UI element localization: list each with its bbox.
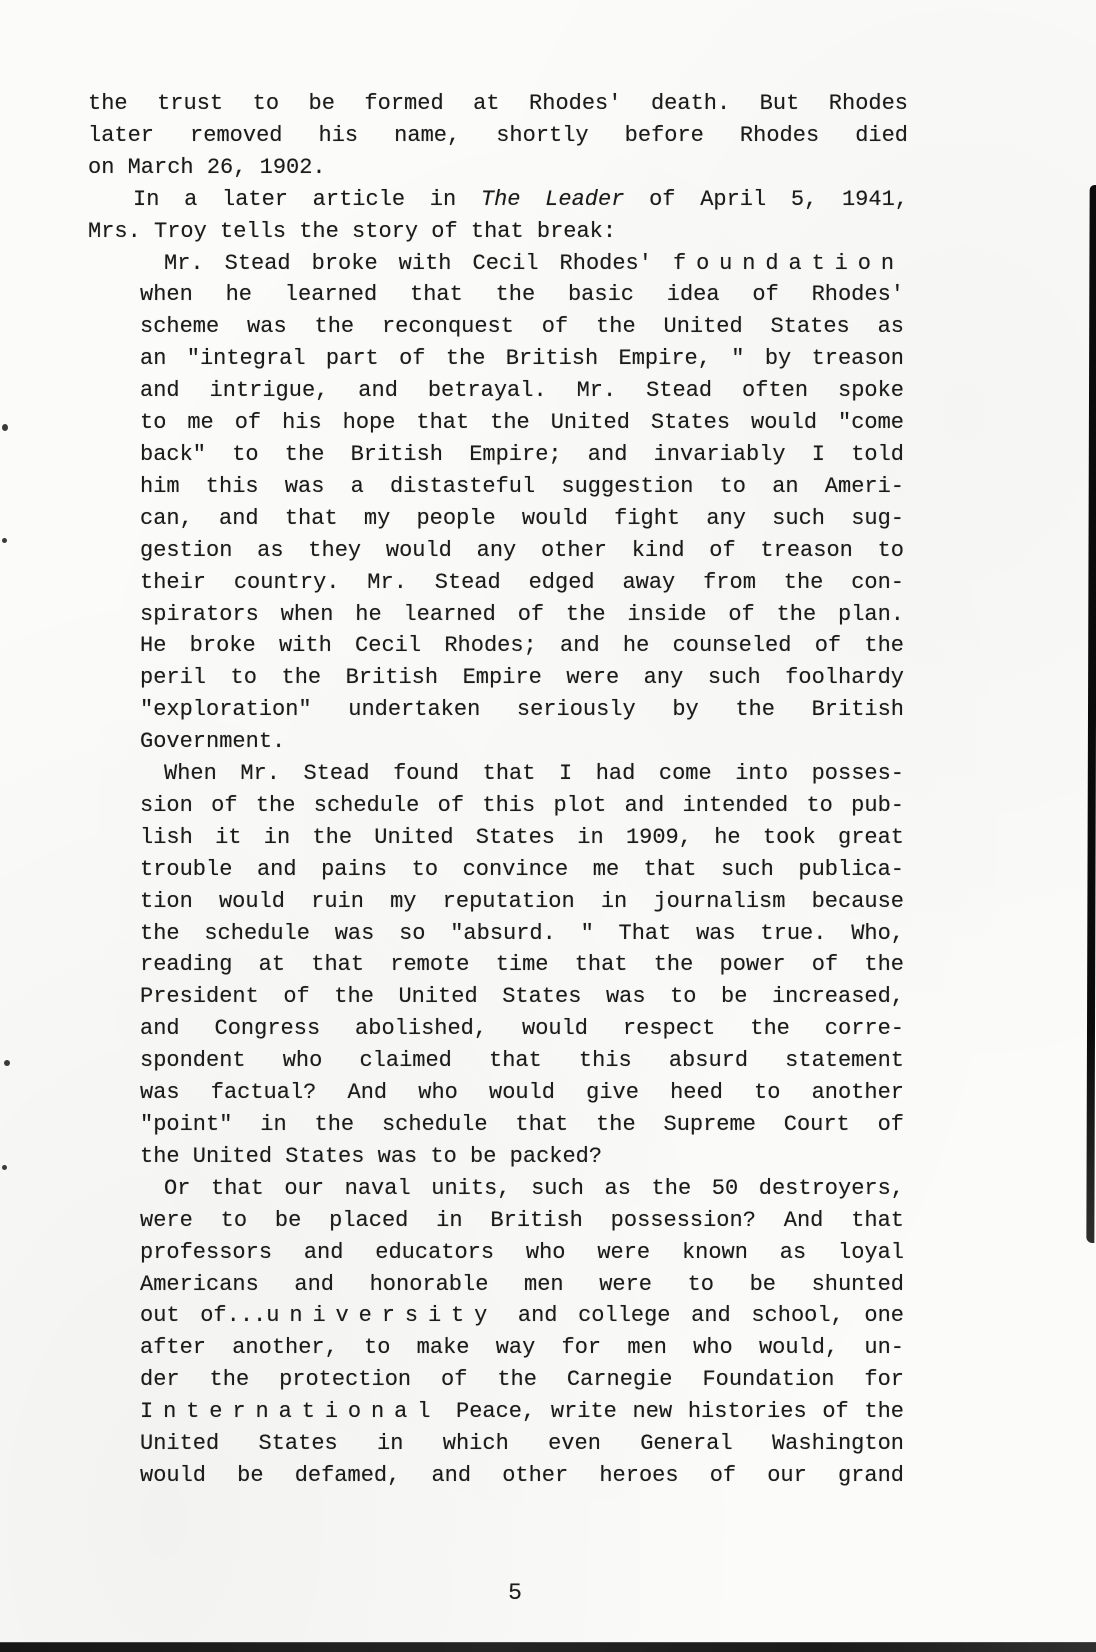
text-line: scheme was the reconquest of the United … (140, 311, 904, 343)
text-line: after another, to make way for men who w… (140, 1332, 904, 1364)
text-line: der the protection of the Carnegie Found… (140, 1364, 904, 1396)
text-segment: When Mr. Stead found that I had come int… (164, 761, 904, 786)
text-line: can, and that my people would fight any … (140, 503, 904, 535)
text-segment: President of the United States was to be… (140, 984, 904, 1009)
text-segment: of April 5, 1941, (624, 187, 908, 212)
text-segment: and intrigue, and betrayal. Mr. Stead of… (140, 378, 904, 403)
text-segment: the United States was to be packed? (140, 1144, 602, 1169)
text-line: was factual? And who would give heed to … (140, 1077, 904, 1109)
text-line: him this was a distasteful suggestion to… (140, 471, 904, 503)
text-segment: later removed his name, shortly before R… (88, 123, 908, 148)
text-line: gestion as they would any other kind of … (140, 535, 904, 567)
text-segment: when he learned that the basic idea of R… (140, 282, 904, 307)
text-segment: university (266, 1303, 497, 1328)
text-segment: an "integral part of the British Empire,… (140, 346, 904, 371)
text-line: would be defamed, and other heroes of ou… (140, 1460, 904, 1492)
text-segment: to me of his hope that the United States… (140, 410, 904, 435)
text-line: professors and educators who were known … (140, 1237, 904, 1269)
text-line: tion would ruin my reputation in journal… (140, 886, 904, 918)
text-line: when he learned that the basic idea of R… (140, 279, 904, 311)
text-segment: would be defamed, and other heroes of ou… (140, 1463, 904, 1488)
text-line: were to be placed in British possession?… (140, 1205, 904, 1237)
text-line: back" to the British Empire; and invaria… (140, 439, 904, 471)
text-segment: der the protection of the Carnegie Found… (140, 1367, 904, 1392)
text-segment: gestion as they would any other kind of … (140, 538, 904, 563)
scan-speck (2, 538, 7, 543)
text-line: Government. (140, 726, 904, 758)
text-line: President of the United States was to be… (140, 981, 904, 1013)
text-segment: foundation (673, 251, 904, 276)
text-segment: and college and school, one (497, 1303, 904, 1328)
text-segment: lish it in the United States in 1909, he… (140, 825, 904, 850)
text-line: out of...university and college and scho… (140, 1300, 904, 1332)
text-segment: Americans and honorable men were to be s… (140, 1272, 904, 1297)
paragraph: Or that our naval units, such as the 50 … (140, 1173, 904, 1492)
text-segment: out of... (140, 1303, 266, 1328)
page-number: 5 (0, 1580, 1030, 1606)
text-segment: sion of the schedule of this plot and in… (140, 793, 904, 818)
text-segment: tion would ruin my reputation in journal… (140, 889, 904, 914)
text-line: the United States was to be packed? (140, 1141, 904, 1173)
text-line: an "integral part of the British Empire,… (140, 343, 904, 375)
text-segment: The Leader (481, 187, 625, 212)
text-line: the schedule was so "absurd. " That was … (140, 918, 904, 950)
text-segment: the trust to be formed at Rhodes' death.… (88, 91, 908, 116)
text-line: Americans and honorable men were to be s… (140, 1269, 904, 1301)
page-text: the trust to be formed at Rhodes' death.… (88, 88, 908, 1492)
text-line: on March 26, 1902. (88, 152, 908, 184)
scan-edge-shadow-right (1086, 185, 1096, 1243)
text-segment: were to be placed in British possession?… (140, 1208, 904, 1233)
text-line: trouble and pains to convince me that su… (140, 854, 904, 886)
text-segment: "exploration" undertaken seriously by th… (140, 697, 904, 722)
text-segment: He broke with Cecil Rhodes; and he couns… (140, 633, 904, 658)
text-segment: Mrs. Troy tells the story of that break: (88, 219, 616, 244)
text-segment: him this was a distasteful suggestion to… (140, 474, 904, 499)
text-line: peril to the British Empire were any suc… (140, 662, 904, 694)
scan-edge-shadow-bottom (0, 1642, 1096, 1652)
text-line: International Peace, write new histories… (140, 1396, 904, 1428)
text-segment: professors and educators who were known … (140, 1240, 904, 1265)
text-segment: Mr. Stead broke with Cecil Rhodes' (164, 251, 673, 276)
text-line: "exploration" undertaken seriously by th… (140, 694, 904, 726)
text-line: Mr. Stead broke with Cecil Rhodes' found… (140, 248, 904, 280)
scan-speck (2, 1165, 7, 1170)
text-line: reading at that remote time that the pow… (140, 949, 904, 981)
text-line: sion of the schedule of this plot and in… (140, 790, 904, 822)
text-line: spondent who claimed that this absurd st… (140, 1045, 904, 1077)
text-segment: scheme was the reconquest of the United … (140, 314, 904, 339)
text-segment: after another, to make way for men who w… (140, 1335, 904, 1360)
text-line: Mrs. Troy tells the story of that break: (88, 216, 908, 248)
text-line: spirators when he learned of the inside … (140, 599, 904, 631)
scan-speck (2, 424, 8, 431)
text-segment: reading at that remote time that the pow… (140, 952, 904, 977)
text-segment: International (140, 1399, 440, 1424)
text-segment: spirators when he learned of the inside … (140, 602, 904, 627)
text-segment: was factual? And who would give heed to … (140, 1080, 904, 1105)
scanned-page: the trust to be formed at Rhodes' death.… (0, 0, 1096, 1652)
text-segment: spondent who claimed that this absurd st… (140, 1048, 904, 1073)
text-segment: back" to the British Empire; and invaria… (140, 442, 904, 467)
text-line: to me of his hope that the United States… (140, 407, 904, 439)
text-line: later removed his name, shortly before R… (88, 120, 908, 152)
text-segment: "point" in the schedule that the Supreme… (140, 1112, 904, 1137)
text-line: and intrigue, and betrayal. Mr. Stead of… (140, 375, 904, 407)
text-line: the trust to be formed at Rhodes' death.… (88, 88, 908, 120)
text-segment: Government. (140, 729, 285, 754)
text-line: He broke with Cecil Rhodes; and he couns… (140, 630, 904, 662)
text-segment: trouble and pains to convince me that su… (140, 857, 904, 882)
scan-speck (4, 1060, 10, 1066)
text-segment: In a later article in (133, 187, 481, 212)
text-segment: peril to the British Empire were any suc… (140, 665, 904, 690)
text-line: When Mr. Stead found that I had come int… (140, 758, 904, 790)
text-segment: and Congress abolished, would respect th… (140, 1016, 904, 1041)
text-line: and Congress abolished, would respect th… (140, 1013, 904, 1045)
text-segment: Or that our naval units, such as the 50 … (164, 1176, 904, 1201)
paragraph: Mr. Stead broke with Cecil Rhodes' found… (140, 248, 904, 759)
text-line: In a later article in The Leader of Apri… (88, 184, 908, 216)
text-line: United States in which even General Wash… (140, 1428, 904, 1460)
text-line: Or that our naval units, such as the 50 … (140, 1173, 904, 1205)
text-segment: on March 26, 1902. (88, 155, 326, 180)
text-line: their country. Mr. Stead edged away from… (140, 567, 904, 599)
paragraph: In a later article in The Leader of Apri… (88, 184, 908, 248)
text-segment: their country. Mr. Stead edged away from… (140, 570, 904, 595)
text-line: "point" in the schedule that the Supreme… (140, 1109, 904, 1141)
text-segment: United States in which even General Wash… (140, 1431, 904, 1456)
text-segment: the schedule was so "absurd. " That was … (140, 921, 904, 946)
text-segment: Peace, write new histories of the (440, 1399, 904, 1424)
paragraph: the trust to be formed at Rhodes' death.… (88, 88, 908, 184)
paragraph: When Mr. Stead found that I had come int… (140, 758, 904, 1173)
text-segment: can, and that my people would fight any … (140, 506, 904, 531)
text-line: lish it in the United States in 1909, he… (140, 822, 904, 854)
